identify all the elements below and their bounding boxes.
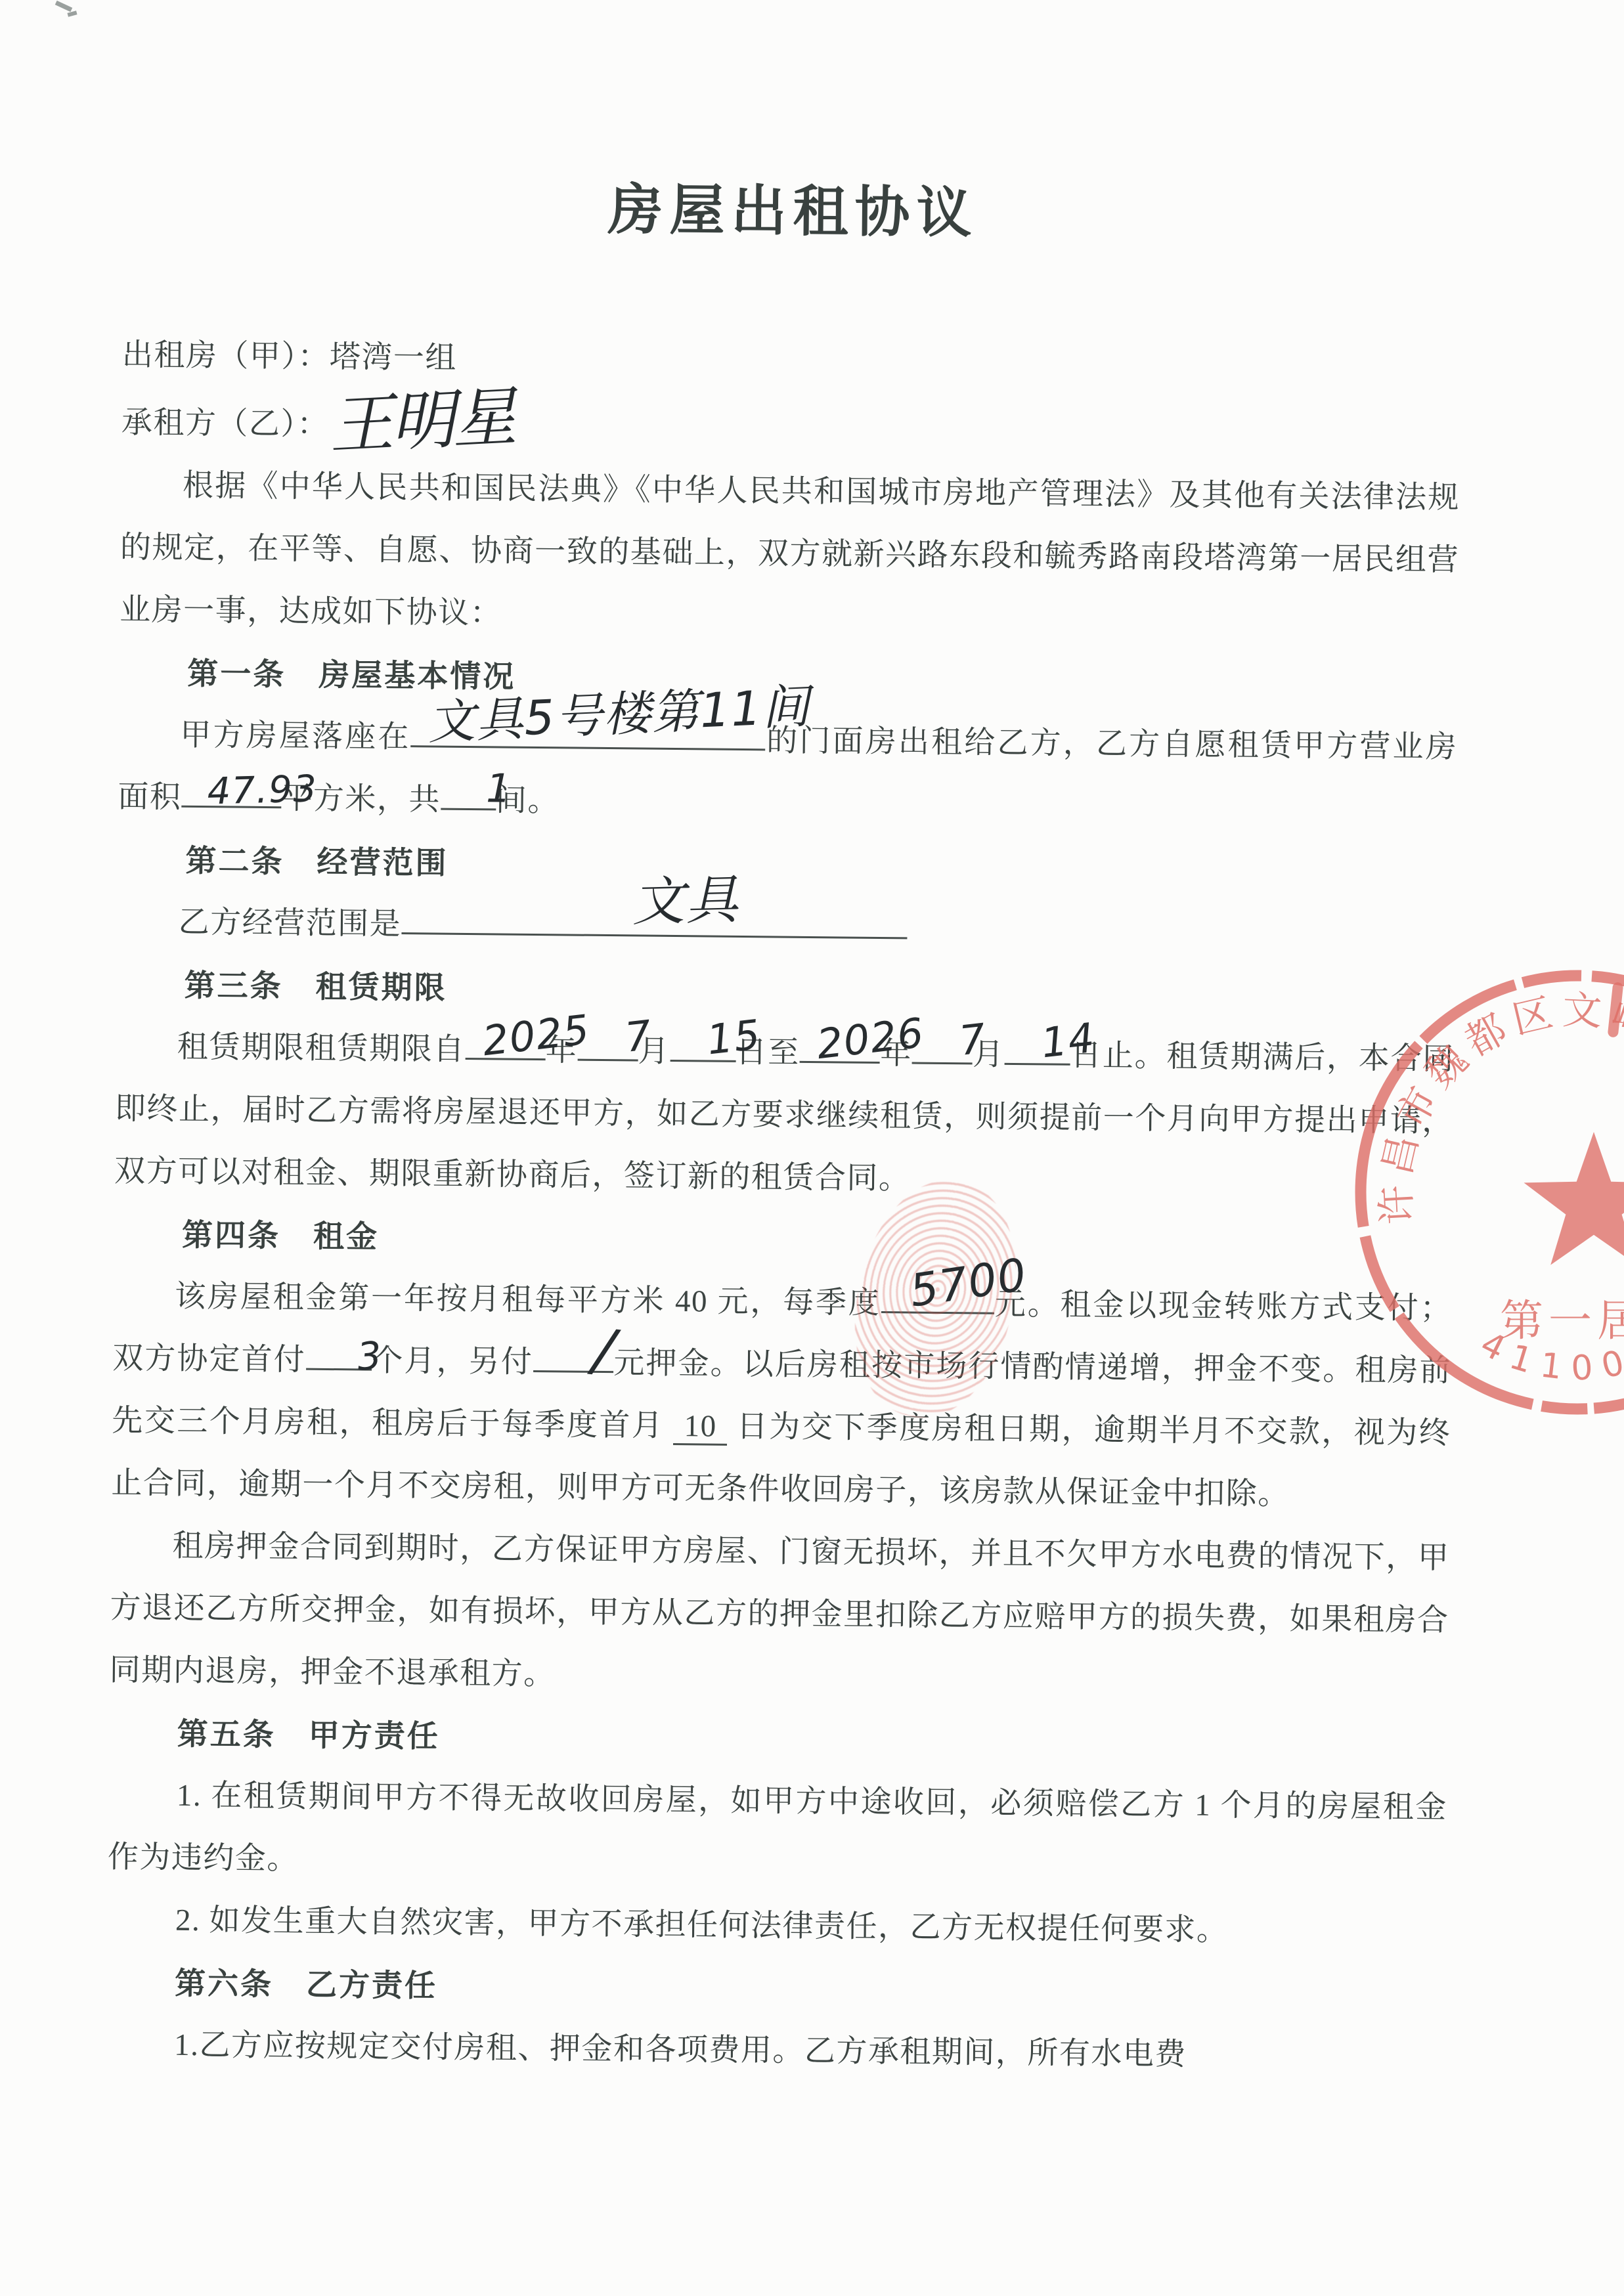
handwritten-business-scope: 文具 (569, 873, 739, 930)
blank-deposit: / (533, 1336, 614, 1373)
blank-end-day: 14 (1005, 1029, 1071, 1066)
clause6-item1: 1.乙方应按规定交付房租、押金和各项费用。乙方承租期间，所有水电费 (106, 2014, 1445, 2089)
handwritten-deposit-slash: / (529, 1314, 617, 1381)
clause2-seg1: 乙方经营范围是 (178, 905, 401, 942)
handwritten-start-day: 15 (644, 1014, 763, 1068)
clause4-seg3: 个月，另付 (372, 1344, 534, 1379)
blank-business-scope: 文具 (401, 898, 907, 939)
clause4-seg1: 该房屋租金第一年按月租每平方米 40 元，每季度 (175, 1280, 881, 1320)
blank-end-month: 7 (912, 1028, 973, 1064)
seal-star-icon (1524, 1132, 1624, 1265)
clause4-para2: 租房押金合同到期时，乙方保证甲方房屋、门窗无损坏，并且不欠甲方水电费的情况下，甲… (109, 1515, 1450, 1715)
page-title: 房屋出租协议 (123, 161, 1463, 253)
handwritten-end-day: 14 (978, 1018, 1097, 1071)
preamble: 根据《中华人民共和国民法典》《中华人民共和国城市房地产管理法》及其他有关法律法规… (120, 454, 1460, 655)
handwritten-room-count: 1 (424, 768, 512, 808)
clause3-body: 租赁期限租赁期限自2025年7月15日至2026年7月14日止。租赁期满后，本合… (114, 1016, 1455, 1216)
lessor-label: 出租房（甲）： (122, 338, 330, 374)
clause5-item1: 1. 在租赁期间甲方不得无故收回房屋，如甲方中途收回，必须赔偿乙方 1 个月的房… (107, 1764, 1447, 1902)
lessor-value: 塔湾一组 (330, 340, 457, 376)
lessee-line: 承租方（乙）：王明星 (121, 387, 1460, 467)
scanned-contract-page: 房屋出租协议 出租房（甲）：塔湾一组 承租方（乙）：王明星 根据《中华人民共和国… (0, 0, 1624, 2296)
blank-start-day: 15 (670, 1026, 736, 1062)
handwritten-area: 47.93 (145, 771, 318, 812)
blank-quarter-rent: 5700 (881, 1277, 994, 1314)
blank-room-count: 1 (441, 774, 496, 811)
handwritten-prepay-months: 3 (294, 1336, 384, 1381)
blank-end-year: 2026 (800, 1027, 881, 1064)
clause4-body: 该房屋租金第一年按月租每平方米 40 元，每季度5700元。租金以现金转账方式支… (111, 1265, 1453, 1528)
clause1-body: 甲方房屋落座在文具5号楼第11间的门面房出租给乙方，乙方自愿租赁甲方营业房面积4… (118, 704, 1458, 842)
blank-area: 47.93 (181, 771, 282, 808)
official-seal: 许昌市魏都区文峰街道办事处 第一居民 41100200 (1334, 949, 1624, 1435)
lessee-label: 承租方（乙）： (121, 406, 329, 442)
blank-start-month: 7 (577, 1025, 638, 1062)
blank-start-year: 2025 (465, 1024, 546, 1060)
blank-location: 文具5号楼第11间 (410, 711, 766, 750)
lessee-name-handwritten: 王明星 (328, 385, 516, 458)
due-day-number: 10 (673, 1409, 728, 1446)
blank-prepay-months: 3 (306, 1334, 372, 1371)
